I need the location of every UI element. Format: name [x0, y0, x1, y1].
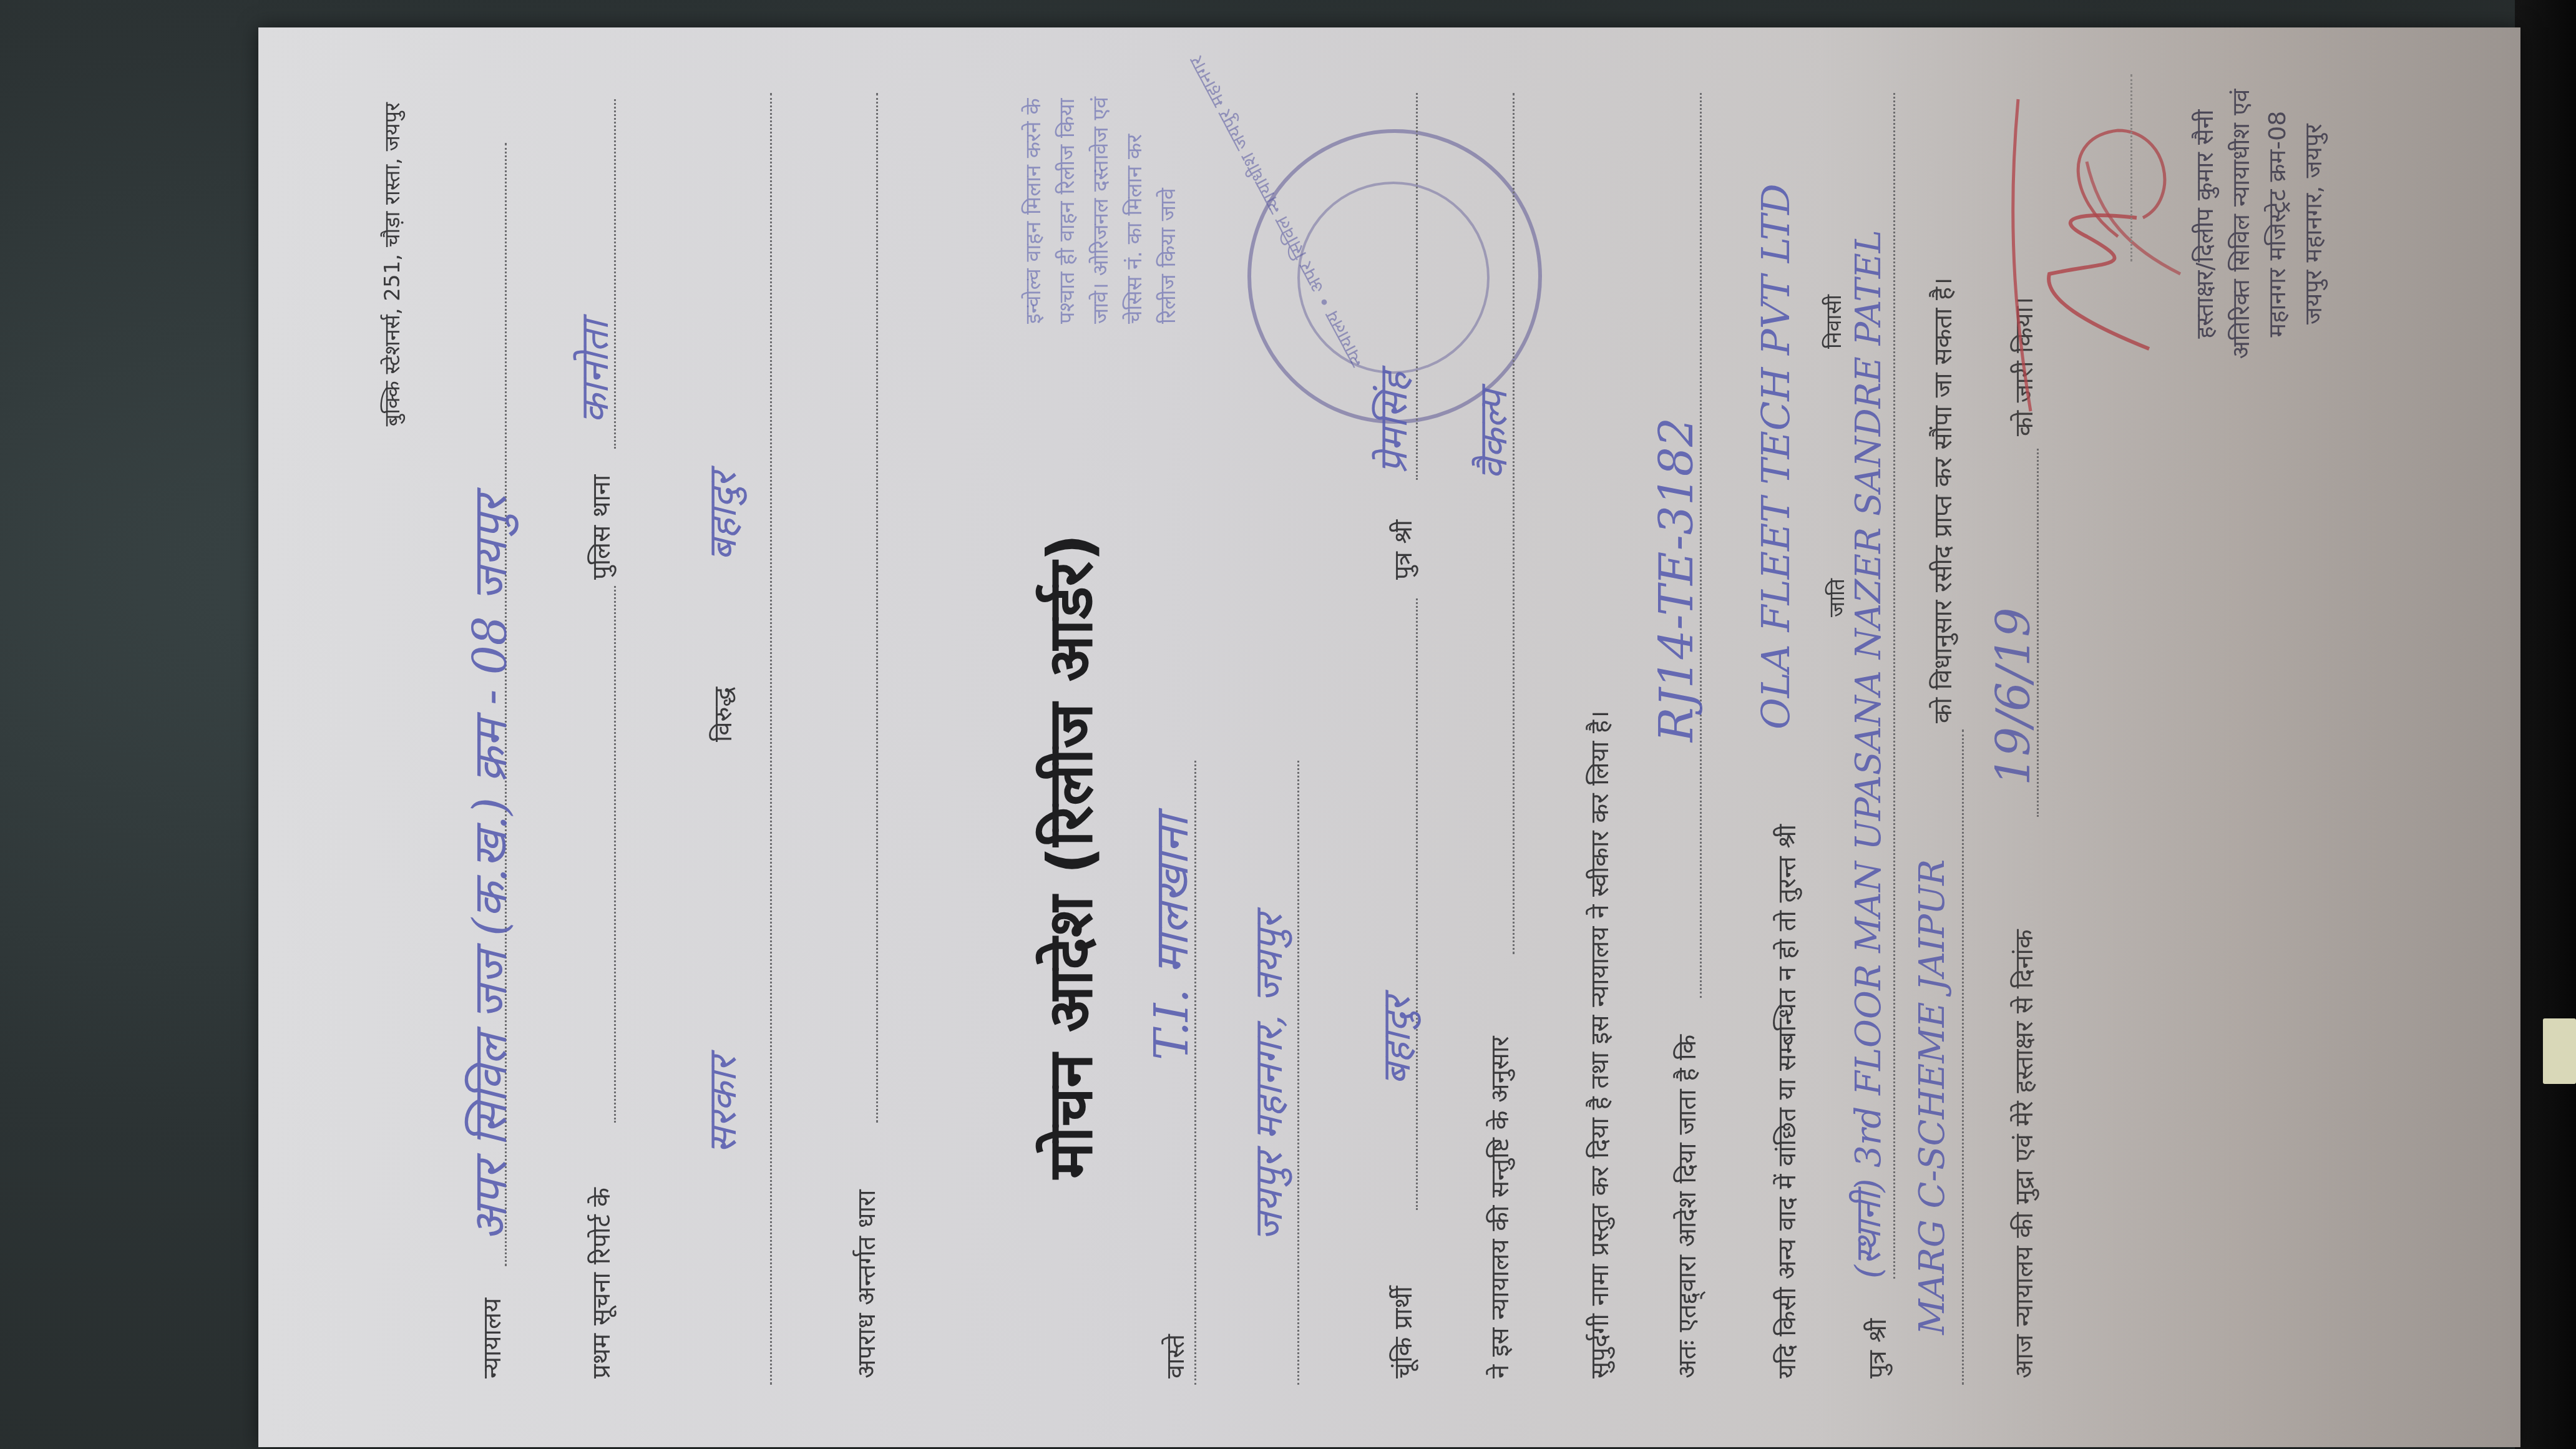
court-value: अपर सिविल जज (क.ख.) क्रम - 08 जयपुर	[457, 495, 520, 1241]
satisfaction-text: ने इस न्यायालय की सन्तुष्टि के अनुसार	[1481, 1036, 1516, 1378]
address-dotted-line-1	[1893, 93, 1895, 1279]
signatory-line3: महानगर मजिस्ट्रेट क्रम-08	[2259, 62, 2295, 386]
applicant-label: चूंकि प्रार्थी	[1385, 1286, 1419, 1378]
police-station-label: पुलिस थाना	[583, 475, 617, 580]
to-label: वास्ते	[1157, 1334, 1191, 1378]
address-line2: MARG C-SCHEME JAIPUR	[1912, 859, 1953, 1335]
blank-dotted-line	[770, 93, 772, 1385]
versus-label: विरुद्ध	[705, 687, 739, 742]
issue-date: 19/6/19	[1987, 608, 2041, 786]
offence-label: अपराध अन्तर्गत धारा	[848, 1189, 882, 1378]
fir-label: प्रथम सूचना रिपोर्ट के	[583, 1188, 617, 1378]
fir-dotted-line	[614, 586, 616, 1123]
police-station-value: कानोता	[567, 320, 620, 424]
address-dotted-line-2	[1962, 729, 1964, 1385]
judge-signature	[1993, 74, 2205, 424]
signatory-line4: जयपुर महानगर, जयपुर	[2295, 62, 2331, 386]
signatory-line2: अतिरिक्त सिविल न्यायाधीश एवं	[2223, 62, 2259, 386]
offence-dotted-line	[876, 93, 878, 1123]
order-text: अतः एतद्द्वारा आदेश दिया जाता है कि	[1669, 1035, 1703, 1378]
yellow-object	[2543, 1018, 2576, 1084]
released-to: OLA FLEET TECH PVT LTD	[1753, 183, 1798, 729]
satisfaction-value: वैकल्प	[1466, 390, 1518, 480]
to-dotted-line-2	[1297, 761, 1299, 1385]
applicant-dotted-line	[1416, 598, 1418, 1210]
stamp-note: इन्वोल्व वाहन मिलान करने के पश्चात ही वा…	[1017, 87, 1185, 324]
signatory-block: हस्ताक्षर/दिलीप कुमार सैनी अतिरिक्त सिवि…	[2187, 62, 2331, 386]
to-dotted-line-1	[1194, 761, 1196, 1385]
applicant-father: प्रेमसिंह	[1366, 372, 1418, 474]
son-of-label-2: पुत्र श्री	[1859, 1319, 1893, 1378]
satisfaction-dotted-line	[1513, 93, 1515, 954]
if-not-required-text: यदि किसी अन्य वाद में वांछित या सम्बन्धि…	[1769, 824, 1803, 1378]
signature-dotted-line	[2130, 74, 2132, 261]
court-label: न्यायालय	[474, 1298, 508, 1378]
page-title: मोचन आदेश (रिलीज आर्डर)	[1026, 534, 1110, 1179]
applicant-value: बहादुर	[1369, 996, 1422, 1085]
supurdgi-text: सुपुर्दगी नामा प्रस्तुत कर दिया है तथा इ…	[1581, 711, 1616, 1378]
dark-background-edge	[2515, 0, 2576, 1449]
to-value-line1: T.I. मालखाना	[1138, 816, 1201, 1060]
son-of-label: पुत्र श्री	[1385, 520, 1419, 580]
to-value-line2: जयपुर महानगर, जयपुर	[1241, 914, 1294, 1241]
party-right: बहादुर	[695, 472, 748, 561]
release-order-document: बुक्कि स्टेशनर्स, 251, चौड़ा रास्ता, जयप…	[258, 27, 2520, 1447]
signatory-line1: हस्ताक्षर/दिलीप कुमार सैनी	[2187, 62, 2223, 386]
printer-header: बुक्कि स्टेशनर्स, 251, चौड़ा रास्ता, जयप…	[377, 102, 406, 426]
address-line1: (स्थानी) 3rd FLOOR MAN UPASANA NAZER SAN…	[1843, 230, 1891, 1279]
handover-text: को विधानुसार रसीद प्राप्त कर सौंपा जा सक…	[1925, 278, 1959, 723]
court-seal-inner-ring	[1297, 182, 1490, 374]
issued-text-prefix: आज न्यायालय की मुद्रा एवं मेरे हस्ताक्षर…	[2006, 929, 2040, 1378]
party-left: सरकार	[695, 1056, 748, 1154]
vehicle-number: RJ14-TE-3182	[1650, 417, 1704, 742]
